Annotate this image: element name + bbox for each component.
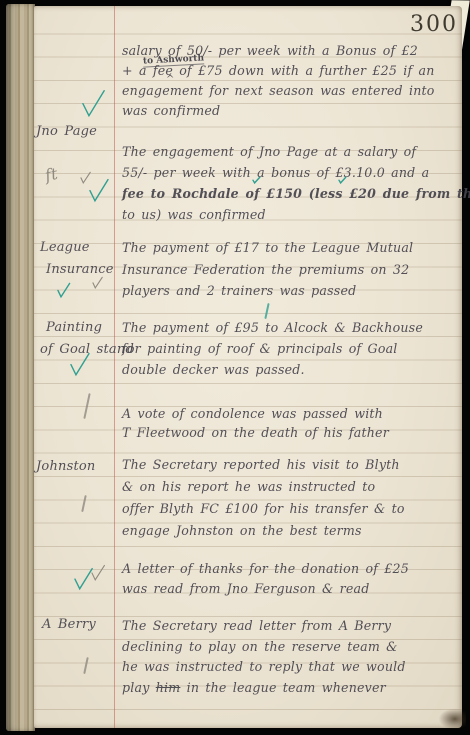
entry-line: for painting of roof & principals of Goa… [122,338,462,359]
book-spine-edge [6,4,35,731]
entry-line: he was instructed to reply that we would [122,657,462,678]
margin-heading-painting-goal-stand: Paintingof Goal stand [36,317,120,361]
minute-entry-jno-page: The engagement of Jno Page at a salary o… [122,141,462,225]
entry-line: double decker was passed. [122,359,462,380]
margin-heading-line: League [40,237,120,259]
pencil-note: ft [45,165,57,184]
slash-mark-pencil [83,393,90,419]
entry-line: players and 2 trainers was passed [122,280,462,302]
entry-line: offer Blyth FC £100 for his transfer & t… [122,498,462,520]
margin-heading-line: A Berry [42,614,120,636]
entry-line: was confirmed [122,101,462,121]
checkmark-teal [73,566,93,590]
margin-heading-line: Johnston [36,456,120,478]
margin-heading-jno-page: Jno Page [36,121,120,143]
checkmark-teal [56,282,70,299]
entry-line: & on his report he was instructed to [122,476,462,498]
slash-mark-pencil [83,657,88,674]
minute-entry-a-berry: The Secretary read letter from A Berryde… [122,616,462,698]
entry-line: play him in the league team whenever [122,678,462,699]
checkmark-teal [81,88,105,117]
entry-line: declining to play on the reserve team & [122,637,462,658]
page-stain [438,708,466,730]
entry-line: The payment of £17 to the League Mutual [122,237,462,259]
entry-line: The Secretary reported his visit to Blyt… [122,454,462,476]
photographed-minute-book: 300 salary of 50/- per week with a Bonus… [0,0,470,735]
margin-heading-line: of Goal stand [40,339,120,361]
minute-entry-league-insurance: The payment of £17 to the League MutualI… [122,237,462,302]
entry-line: T Fleetwood on the death of his father [122,423,462,442]
minute-entry-painting-goal-stand: The payment of £95 to Alcock & Backhouse… [122,317,462,380]
margin-heading-line: Insurance [46,259,120,281]
entry-line: fee to Rochdale of £150 (less £20 due fr… [122,183,462,204]
ledger-page: 300 salary of 50/- per week with a Bonus… [34,6,462,728]
checkmark-teal [88,177,109,202]
page-number: 300 [410,12,458,37]
caret-mark: ^ [166,74,174,85]
margin-heading-line: Painting [46,317,120,339]
minute-entry-ferguson-donation: A letter of thanks for the donation of £… [122,559,462,599]
entry-line: The engagement of Jno Page at a salary o… [122,141,462,162]
margin-heading-league-insurance: LeagueInsurance [36,237,120,281]
entry-line: 55/- per week with a bonus of £3.10.0 an… [122,162,462,183]
entry-line: Insurance Federation the premiums on 32 [122,259,462,281]
margin-heading-line: Jno Page [36,121,120,143]
slash-mark-pencil [81,495,86,512]
entry-line: The Secretary read letter from A Berry [122,616,462,637]
checkmark-pencil [80,171,91,185]
entry-line: A letter of thanks for the donation of £… [122,559,462,579]
pencil-note-text: ft [43,164,59,185]
checkmark-pencil [90,564,105,582]
minute-entry-condolence: A vote of condolence was passed withT Fl… [122,404,462,442]
entry-line: engage Johnston on the best terms [122,520,462,542]
struck-word: him [156,680,181,695]
minute-entry-johnston: The Secretary reported his visit to Blyt… [122,454,462,542]
margin-heading-a-berry: A Berry [36,614,120,636]
entry-line: to us) was confirmed [122,204,462,225]
margin-heading-johnston: Johnston [36,456,120,478]
entry-line: was read from Jno Ferguson & read [122,579,462,599]
entry-line: A vote of condolence was passed with [122,404,462,423]
entry-line: The payment of £95 to Alcock & Backhouse [122,317,462,338]
